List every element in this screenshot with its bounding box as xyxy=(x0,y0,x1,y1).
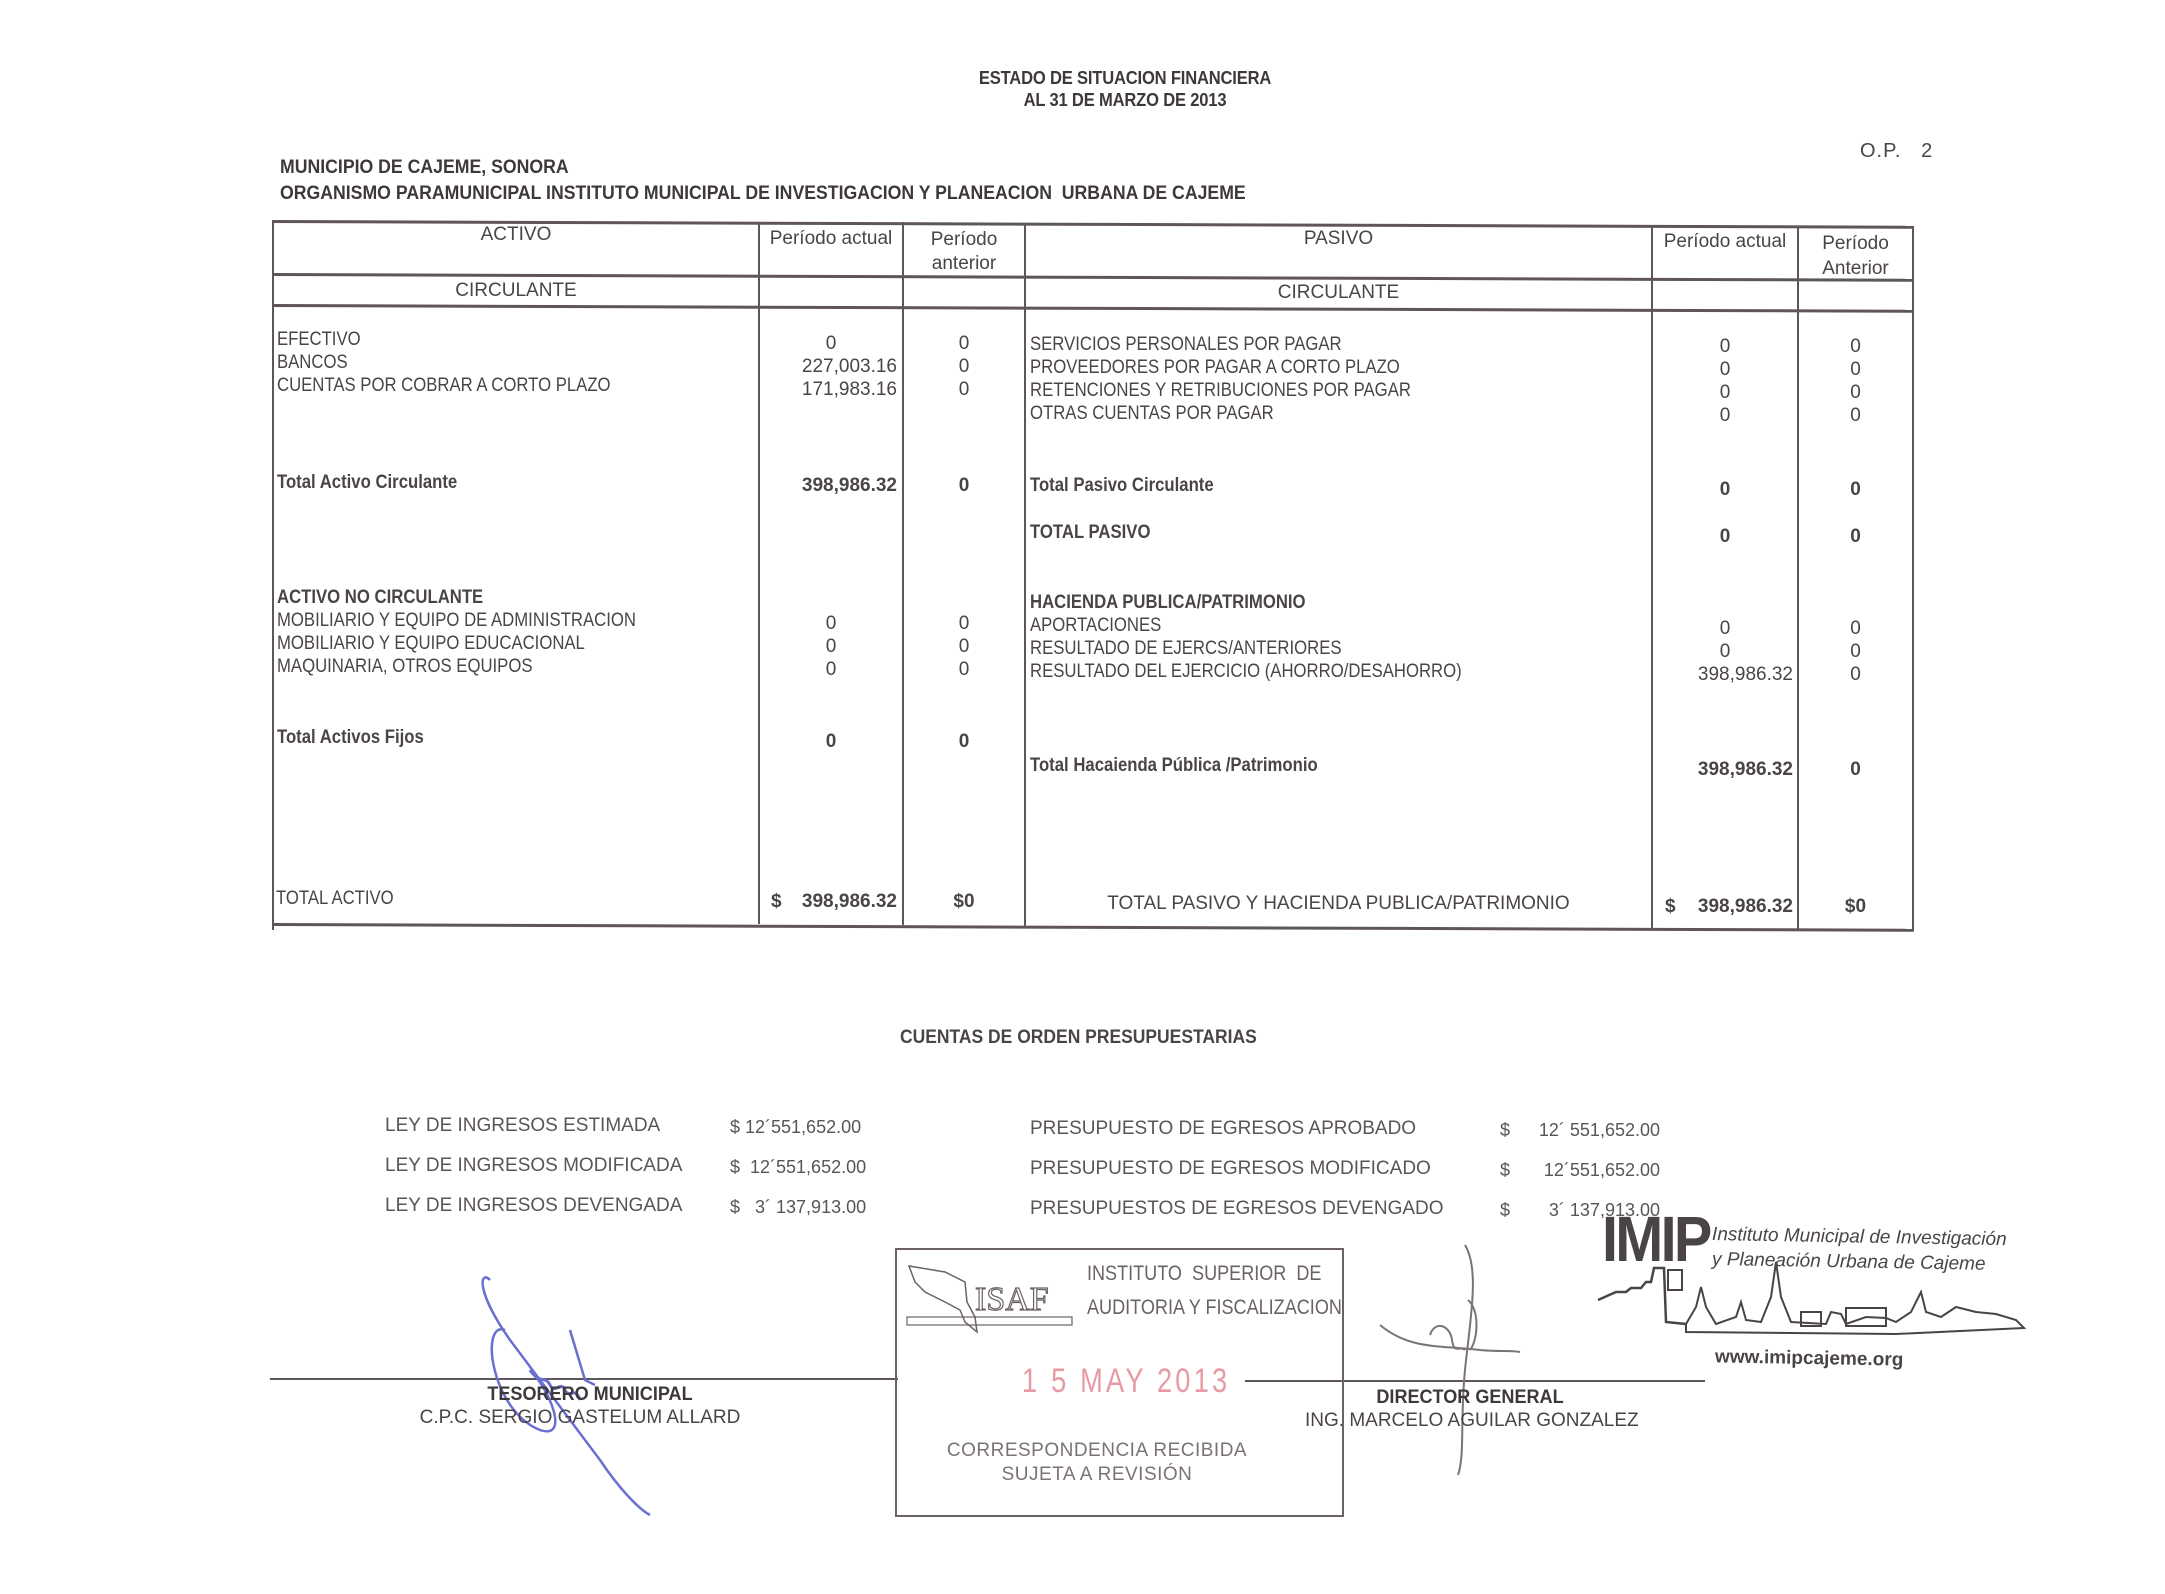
row-actual: 0 xyxy=(760,613,902,635)
ingreso-value: $ 3´ 137,913.00 xyxy=(730,1197,866,1218)
treasurer-role: TESORERO MUNICIPAL xyxy=(429,1384,752,1406)
row-anterior: 0 xyxy=(904,379,1024,401)
stamp-org-line1: INSTITUTO SUPERIOR DE xyxy=(1087,1262,1321,1286)
egreso-value: 12´ 551,652.00 xyxy=(1500,1120,1660,1141)
ingreso-label: LEY DE INGRESOS DEVENGADA xyxy=(385,1195,682,1217)
row-actual: 0 xyxy=(760,333,902,355)
row-anterior: 0 xyxy=(1799,405,1912,427)
row-anterior: 0 xyxy=(904,636,1024,658)
total-pasivo-circulante-anterior: 0 xyxy=(1799,479,1912,501)
stamp-note-line2: SUJETA A REVISIÓN xyxy=(897,1464,1297,1486)
total-pasivo-hacienda-label: TOTAL PASIVO Y HACIENDA PUBLICA/PATRIMON… xyxy=(1026,893,1651,915)
stamp-date: 1 5 MAY 2013 xyxy=(1022,1362,1230,1401)
total-pasivo-anterior: 0 xyxy=(1799,526,1912,548)
total-hacienda-label: Total Hacaienda Pública /Patrimonio xyxy=(1030,755,1318,777)
total-activos-fijos-actual: 0 xyxy=(760,731,902,753)
hacienda-header: HACIENDA PUBLICA/PATRIMONIO xyxy=(1030,592,1306,614)
row-actual: 0 xyxy=(760,659,902,681)
total-activo-circulante-actual: 398,986.32 xyxy=(760,475,897,497)
total-activo-actual: 398,986.32 xyxy=(760,891,897,913)
egreso-label: PRESUPUESTOS DE EGRESOS DEVENGADO xyxy=(1030,1198,1444,1220)
row-actual: 0 xyxy=(1653,405,1797,427)
document-date: AL 31 DE MARZO DE 2013 xyxy=(849,90,1401,111)
total-pasivo-actual: 0 xyxy=(1653,526,1797,548)
row-label: SERVICIOS PERSONALES POR PAGAR xyxy=(1030,334,1342,356)
row-anterior: 0 xyxy=(1799,382,1912,404)
total-hacienda-actual: 398,986.32 xyxy=(1653,759,1793,781)
pasivo-col-anterior-l1: Período xyxy=(1822,233,1889,254)
ingreso-label: LEY DE INGRESOS ESTIMADA xyxy=(385,1115,660,1137)
row-anterior: 0 xyxy=(904,659,1024,681)
total-activo-label: TOTAL ACTIVO xyxy=(276,888,394,910)
activo-section-circulante: CIRCULANTE xyxy=(274,280,758,302)
document-title: ESTADO DE SITUACION FINANCIERA xyxy=(849,68,1401,89)
row-label: RESULTADO DEL EJERCICIO (AHORRO/DESAHORR… xyxy=(1030,661,1462,683)
entity-name: MUNICIPIO DE CAJEME, SONORA xyxy=(280,157,569,179)
row-label: RESULTADO DE EJERCS/ANTERIORES xyxy=(1030,638,1342,660)
activo-col-anterior-l1: Período xyxy=(931,229,998,250)
stamp-org-line2: AUDITORIA Y FISCALIZACION xyxy=(1087,1296,1342,1320)
activo-col-actual: Período actual xyxy=(760,228,902,250)
row-label: PROVEEDORES POR PAGAR A CORTO PLAZO xyxy=(1030,357,1400,379)
row-label: APORTACIONES xyxy=(1030,615,1161,637)
row-actual: 0 xyxy=(1653,359,1797,381)
activo-col-anterior-l2: anterior xyxy=(932,253,996,274)
row-actual: 0 xyxy=(1653,618,1797,640)
row-label: CUENTAS POR COBRAR A CORTO PLAZO xyxy=(277,375,611,397)
imip-url: www.imipcajeme.org xyxy=(1715,1346,1904,1371)
pasivo-col-anterior: Período Anterior xyxy=(1799,231,1912,281)
director-name: ING. MARCELO AGUILAR GONZALEZ xyxy=(1305,1410,1639,1432)
row-anterior: 0 xyxy=(904,333,1024,355)
total-activos-fijos-label: Total Activos Fijos xyxy=(277,727,424,749)
row-label: BANCOS xyxy=(277,352,348,374)
total-pasivo-label: TOTAL PASIVO xyxy=(1030,522,1150,544)
page-reference: O.P. 2 xyxy=(1860,140,1933,163)
city-skyline-icon xyxy=(1596,1262,2036,1337)
row-actual: 227,003.16 xyxy=(760,356,897,378)
total-activo-circulante-label: Total Activo Circulante xyxy=(277,472,457,494)
activo-header: ACTIVO xyxy=(274,224,758,246)
total-pasivo-circulante-label: Total Pasivo Circulante xyxy=(1030,475,1214,497)
cuentas-orden-title: CUENTAS DE ORDEN PRESUPUESTARIAS xyxy=(900,1027,1257,1049)
row-anterior: 0 xyxy=(904,356,1024,378)
row-label: OTRAS CUENTAS POR PAGAR xyxy=(1030,403,1274,425)
row-anterior: 0 xyxy=(1799,336,1912,358)
egreso-value: 12´551,652.00 xyxy=(1500,1160,1660,1181)
row-actual: 0 xyxy=(1653,336,1797,358)
treasurer-name: C.P.C. SERGIO GASTELUM ALLARD xyxy=(380,1407,780,1429)
row-anterior: 0 xyxy=(904,613,1024,635)
signature-director xyxy=(1370,1240,1550,1480)
row-actual: 171,983.16 xyxy=(760,379,897,401)
row-actual: 0 xyxy=(760,636,902,658)
row-actual: 398,986.32 xyxy=(1653,664,1793,686)
total-pasivo-hacienda-anterior: $0 xyxy=(1799,896,1912,918)
row-label: RETENCIONES Y RETRIBUCIONES POR PAGAR xyxy=(1030,380,1411,402)
total-activo-anterior: $0 xyxy=(904,891,1024,913)
isaf-logo-icon: ISAF xyxy=(905,1262,1075,1342)
row-anterior: 0 xyxy=(1799,618,1912,640)
organization-name: ORGANISMO PARAMUNICIPAL INSTITUTO MUNICI… xyxy=(280,183,1246,205)
pasivo-header: PASIVO xyxy=(1026,228,1651,250)
row-label: EFECTIVO xyxy=(277,329,361,351)
director-role: DIRECTOR GENERAL xyxy=(1309,1387,1632,1409)
svg-text:ISAF: ISAF xyxy=(975,1281,1049,1318)
imip-name-line1: Instituto Municipal de Investigación xyxy=(1712,1224,2007,1251)
ingreso-value: $ 12´551,652.00 xyxy=(730,1117,861,1138)
row-label: MOBILIARIO Y EQUIPO DE ADMINISTRACION xyxy=(277,610,636,632)
pasivo-col-anterior-l2: Anterior xyxy=(1822,258,1889,279)
egreso-label: PRESUPUESTO DE EGRESOS APROBADO xyxy=(1030,1118,1416,1140)
ingreso-value: $ 12´551,652.00 xyxy=(730,1157,866,1178)
row-label: MOBILIARIO Y EQUIPO EDUCACIONAL xyxy=(277,633,585,655)
pasivo-section-circulante: CIRCULANTE xyxy=(1026,282,1651,304)
row-anterior: 0 xyxy=(1799,664,1912,686)
pasivo-col-actual: Período actual xyxy=(1653,231,1797,253)
row-actual: 0 xyxy=(1653,641,1797,663)
total-activo-circulante-anterior: 0 xyxy=(904,475,1024,497)
row-label: MAQUINARIA, OTROS EQUIPOS xyxy=(277,656,532,678)
isaf-received-stamp: ISAF INSTITUTO SUPERIOR DE AUDITORIA Y F… xyxy=(895,1248,1344,1517)
total-pasivo-hacienda-actual: 398,986.32 xyxy=(1653,896,1793,918)
stamp-note-line1: CORRESPONDENCIA RECIBIDA xyxy=(897,1440,1297,1462)
total-activos-fijos-anterior: 0 xyxy=(904,731,1024,753)
activo-col-anterior: Período anterior xyxy=(904,228,1024,276)
activo-no-circulante-header: ACTIVO NO CIRCULANTE xyxy=(277,587,483,609)
total-pasivo-circulante-actual: 0 xyxy=(1653,479,1797,501)
total-hacienda-anterior: 0 xyxy=(1799,759,1912,781)
egreso-label: PRESUPUESTO DE EGRESOS MODIFICADO xyxy=(1030,1158,1431,1180)
row-actual: 0 xyxy=(1653,382,1797,404)
row-anterior: 0 xyxy=(1799,359,1912,381)
row-anterior: 0 xyxy=(1799,641,1912,663)
ingreso-label: LEY DE INGRESOS MODIFICADA xyxy=(385,1155,682,1177)
